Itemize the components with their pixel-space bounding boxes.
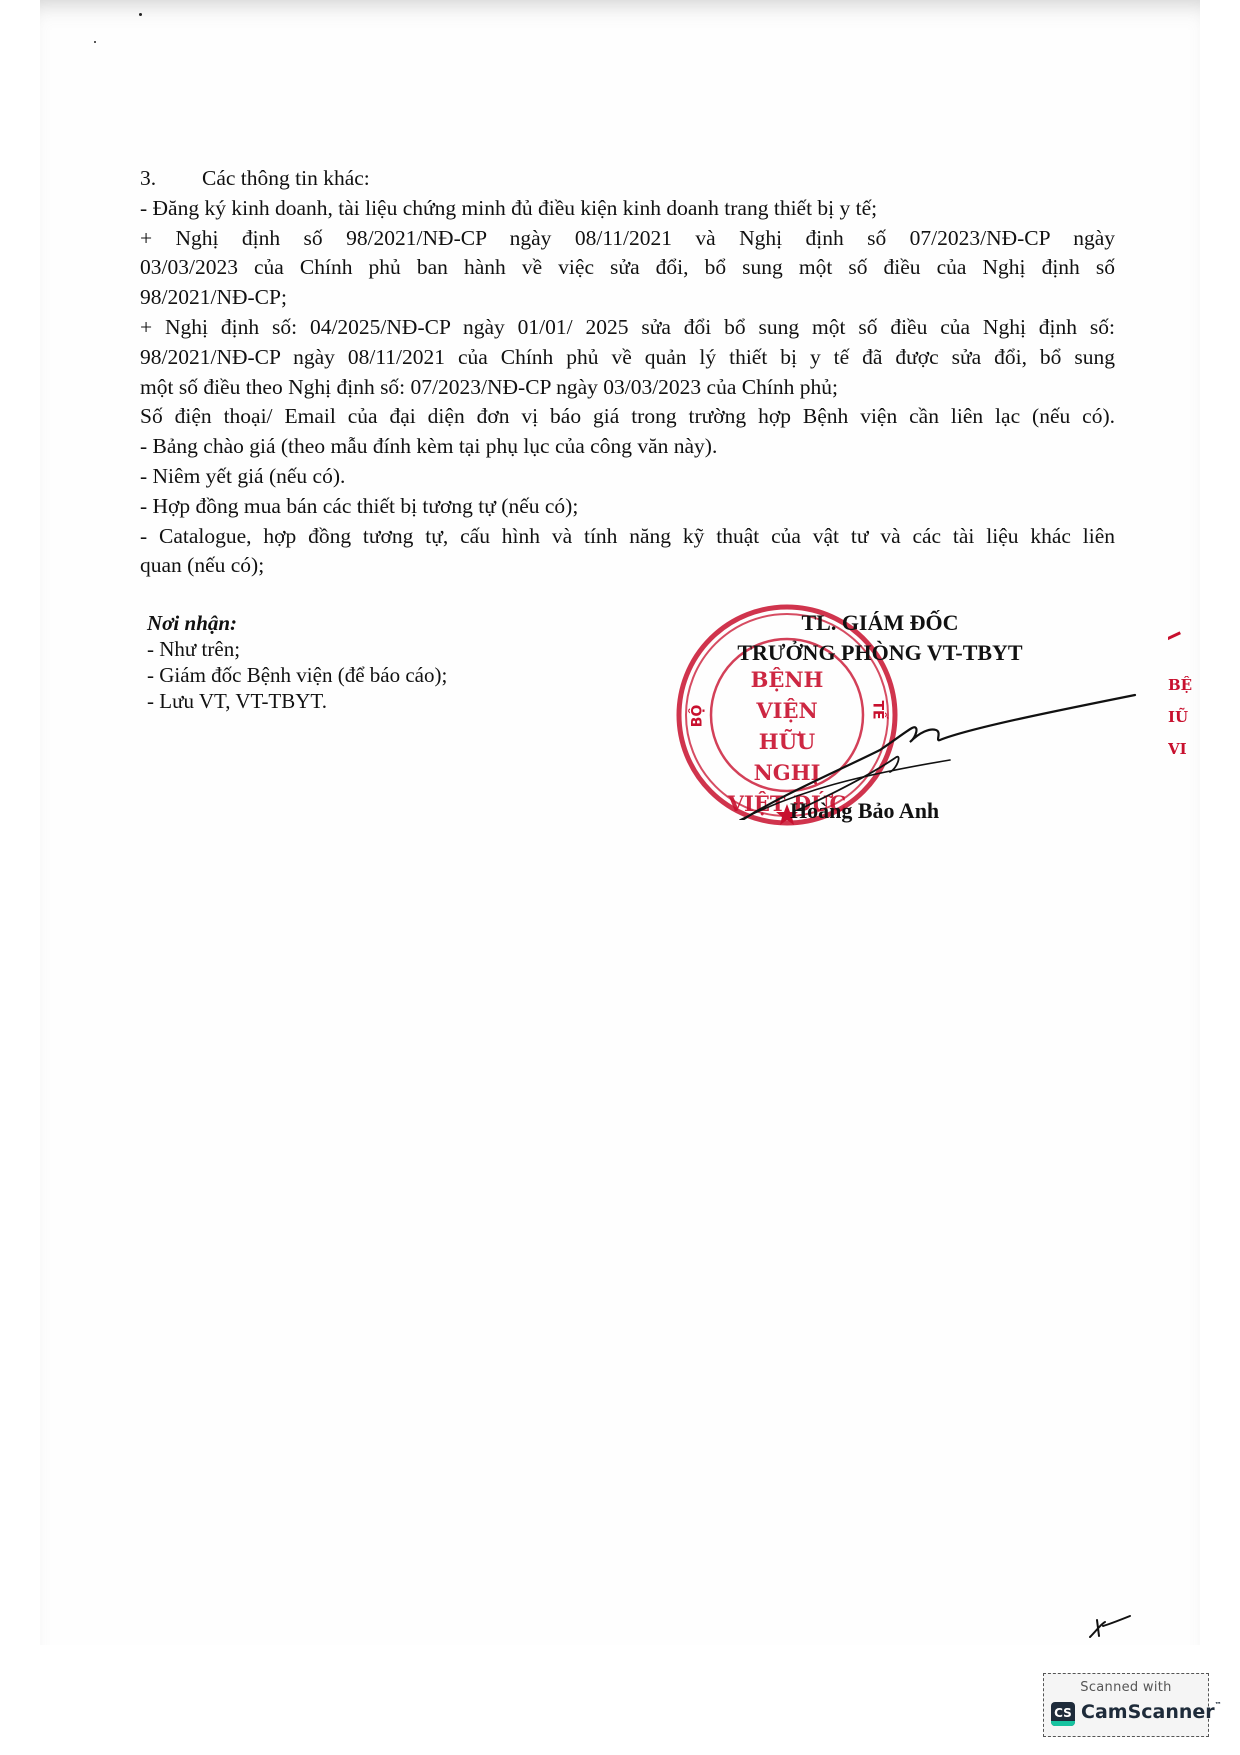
partial-stamp-edge: BỆ IŨ VI xyxy=(1168,630,1200,830)
section-heading: 3.Các thông tin khác: xyxy=(140,164,1115,194)
signature-line-2: TRƯỞNG PHÒNG VT-TBYT xyxy=(700,638,1060,668)
recipient-item: - Giám đốc Bệnh viện (để báo cáo); xyxy=(147,662,447,688)
recipient-item: - Như trên; xyxy=(147,636,447,662)
text-line: quan (nếu có); xyxy=(140,551,1115,581)
text-line: 98/2021/NĐ-CP; xyxy=(140,283,1115,313)
text-line: - Bảng chào giá (theo mẫu đính kèm tại p… xyxy=(140,432,1115,462)
scan-speck xyxy=(94,41,96,43)
badge-brand: CamScanner™ xyxy=(1081,1701,1222,1723)
signer-name: Hoàng Bảo Anh xyxy=(790,798,939,824)
text-line: - Catalogue, hợp đồng tương tự, cấu hình… xyxy=(140,522,1115,552)
brand-name: CamScanner xyxy=(1081,1701,1215,1723)
partial-stamp-line: IŨ xyxy=(1168,701,1200,733)
recipients-block: Nơi nhận: - Như trên; - Giám đốc Bệnh vi… xyxy=(147,610,447,714)
text-line: 03/03/2023 của Chính phủ ban hành về việ… xyxy=(140,253,1115,283)
text-line: + Nghị định số 98/2021/NĐ-CP ngày 08/11/… xyxy=(140,224,1115,254)
initials-mark-icon xyxy=(1085,1612,1135,1642)
camscanner-logo-icon: CS xyxy=(1051,1702,1075,1726)
body-text: 3.Các thông tin khác: - Đăng ký kinh doa… xyxy=(140,164,1115,581)
text-line: 98/2021/NĐ-CP ngày 08/11/2021 của Chính … xyxy=(140,343,1115,373)
partial-stamp-line: BỆ xyxy=(1168,669,1200,701)
trademark: ™ xyxy=(1215,1701,1222,1709)
partial-stamp-line: VI xyxy=(1168,733,1200,765)
text-line: - Niêm yết giá (nếu có). xyxy=(140,462,1115,492)
text-line: + Nghị định số: 04/2025/NĐ-CP ngày 01/01… xyxy=(140,313,1115,343)
recipients-title: Nơi nhận: xyxy=(147,610,447,636)
text-line: - Hợp đồng mua bán các thiết bị tương tự… xyxy=(140,492,1115,522)
signature-line-1: TL. GIÁM ĐỐC xyxy=(700,608,1060,638)
text-line: Số điện thoại/ Email của đại diện đơn vị… xyxy=(140,402,1115,432)
recipient-item: - Lưu VT, VT-TBYT. xyxy=(147,688,447,714)
text-line: một số điều theo Nghị định số: 07/2023/N… xyxy=(140,373,1115,403)
paragraph-lines: - Đăng ký kinh doanh, tài liệu chứng min… xyxy=(140,194,1115,581)
signature-title: TL. GIÁM ĐỐC TRƯỞNG PHÒNG VT-TBYT xyxy=(700,608,1060,668)
section-title: Các thông tin khác: xyxy=(202,166,370,190)
section-number: 3. xyxy=(140,164,202,194)
scan-speck xyxy=(139,13,142,16)
badge-caption: Scanned with xyxy=(1044,1680,1208,1695)
camscanner-badge: Scanned with CS CamScanner™ xyxy=(1043,1673,1209,1737)
text-line: - Đăng ký kinh doanh, tài liệu chứng min… xyxy=(140,194,1115,224)
